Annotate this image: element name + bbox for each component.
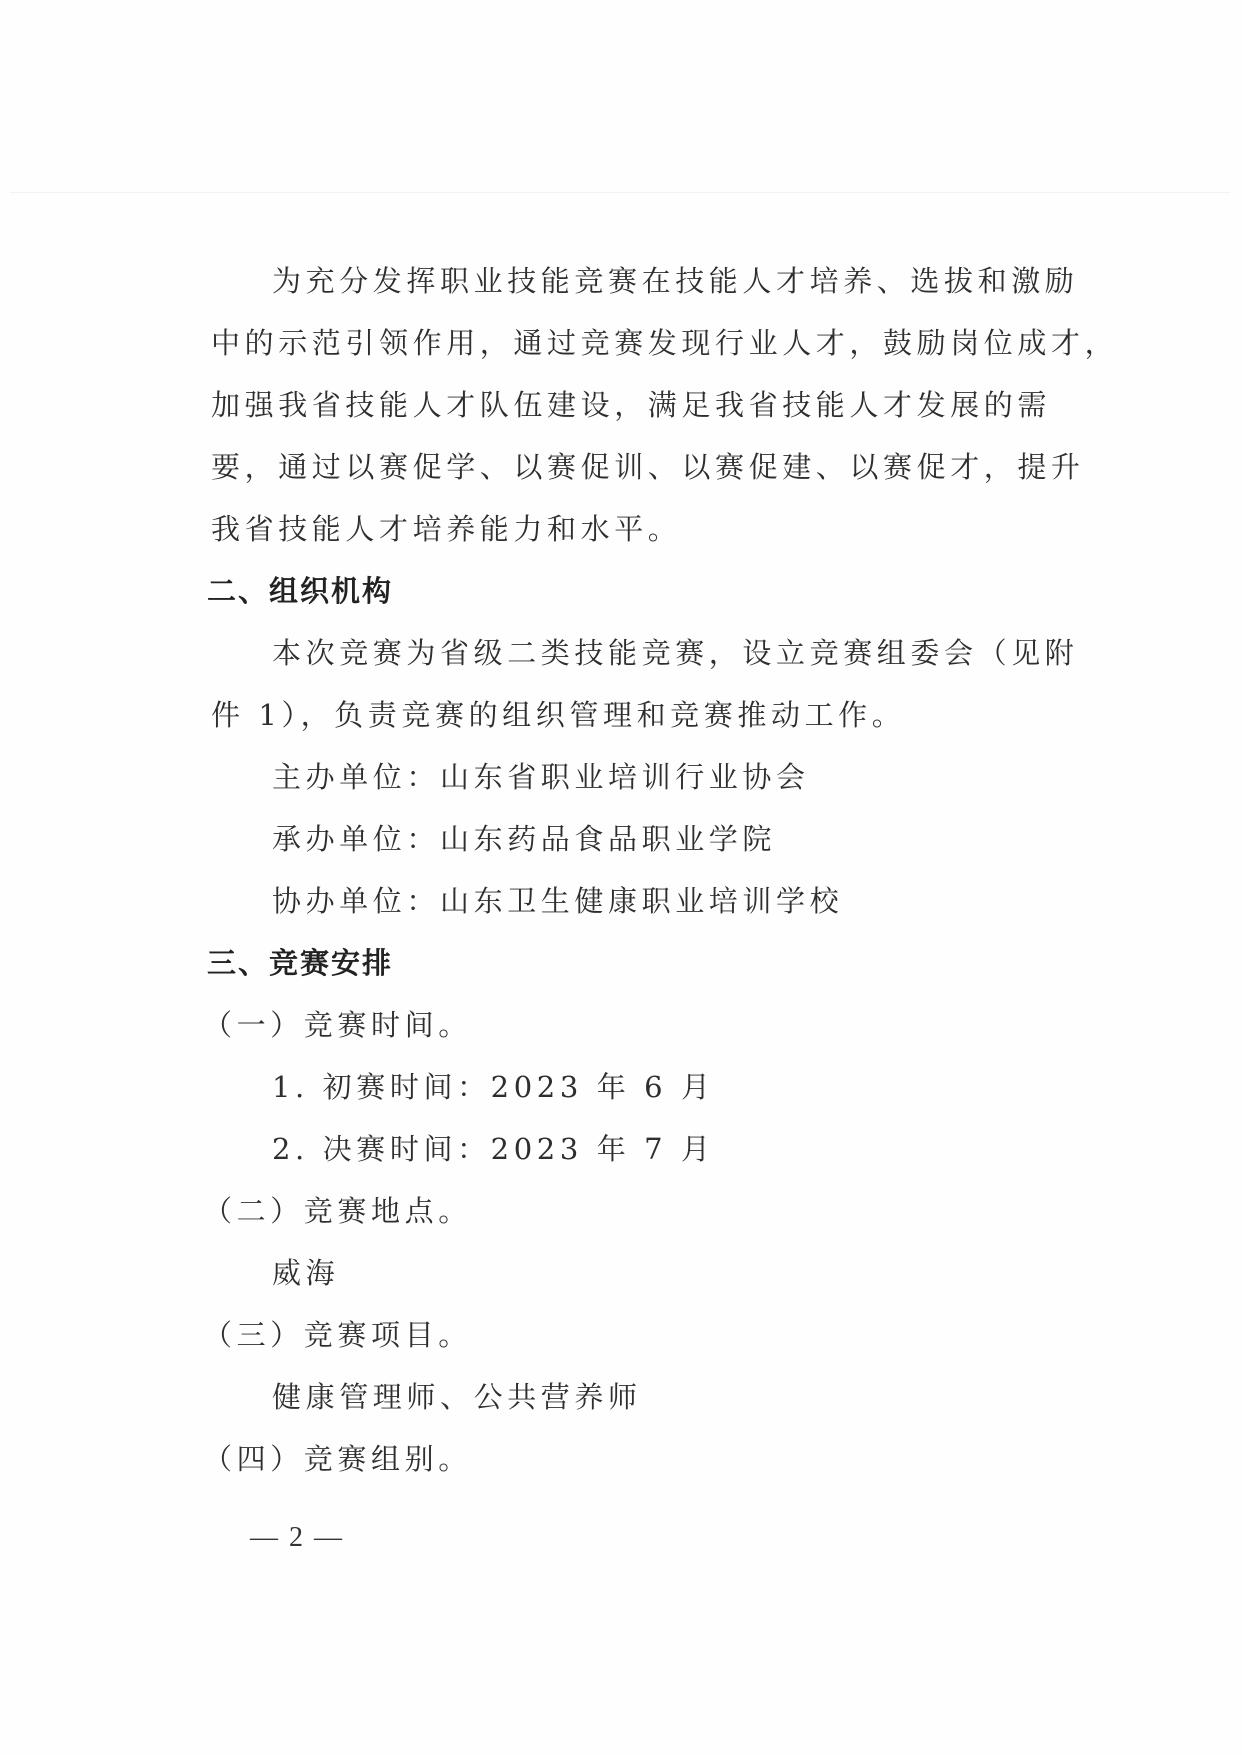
document-page: 为充分发挥职业技能竞赛在技能人才培养、选拔和激励 中的示范引领作用，通过竞赛发现… — [0, 0, 1242, 1755]
undertaker-line: 承办单位：山东药品食品职业学院 — [272, 808, 1102, 870]
intro-paragraph-line-5: 我省技能人才培养能力和水平。 — [211, 498, 1041, 560]
preliminary-time-line: 1. 初赛时间：2023 年 6 月 — [272, 1056, 1102, 1118]
intro-paragraph-line-3: 加强我省技能人才队伍建设，满足我省技能人才发展的需 — [211, 374, 1041, 436]
subheading-time: （一）竞赛时间。 — [203, 994, 1033, 1056]
final-time-line: 2. 决赛时间：2023 年 7 月 — [272, 1118, 1102, 1180]
co-organizer-line: 协办单位：山东卫生健康职业培训学校 — [272, 870, 1102, 932]
page-number: — 2 — — [250, 1518, 344, 1558]
organizer-line: 主办单位：山东省职业培训行业协会 — [272, 746, 1102, 808]
subheading-groups: （四）竞赛组别。 — [203, 1428, 1033, 1490]
intro-paragraph-line-2: 中的示范引领作用，通过竞赛发现行业人才，鼓励岗位成才， — [211, 312, 1041, 374]
subheading-events: （三）竞赛项目。 — [203, 1304, 1033, 1366]
scan-artifact-line — [10, 192, 1230, 193]
section-heading-arrangement: 三、竞赛安排 — [207, 932, 1037, 994]
location-value: 威海 — [272, 1242, 1102, 1304]
section-heading-organization: 二、组织机构 — [207, 560, 1037, 622]
subheading-location: （二）竞赛地点。 — [203, 1180, 1033, 1242]
organization-paragraph-line-2: 件 1），负责竞赛的组织管理和竞赛推动工作。 — [211, 684, 1041, 746]
organization-paragraph-line-1: 本次竞赛为省级二类技能竞赛，设立竞赛组委会（见附 — [272, 622, 1102, 684]
intro-paragraph-line-4: 要，通过以赛促学、以赛促训、以赛促建、以赛促才，提升 — [211, 436, 1041, 498]
events-value: 健康管理师、公共营养师 — [272, 1366, 1102, 1428]
intro-paragraph-line-1: 为充分发挥职业技能竞赛在技能人才培养、选拔和激励 — [272, 250, 1102, 312]
